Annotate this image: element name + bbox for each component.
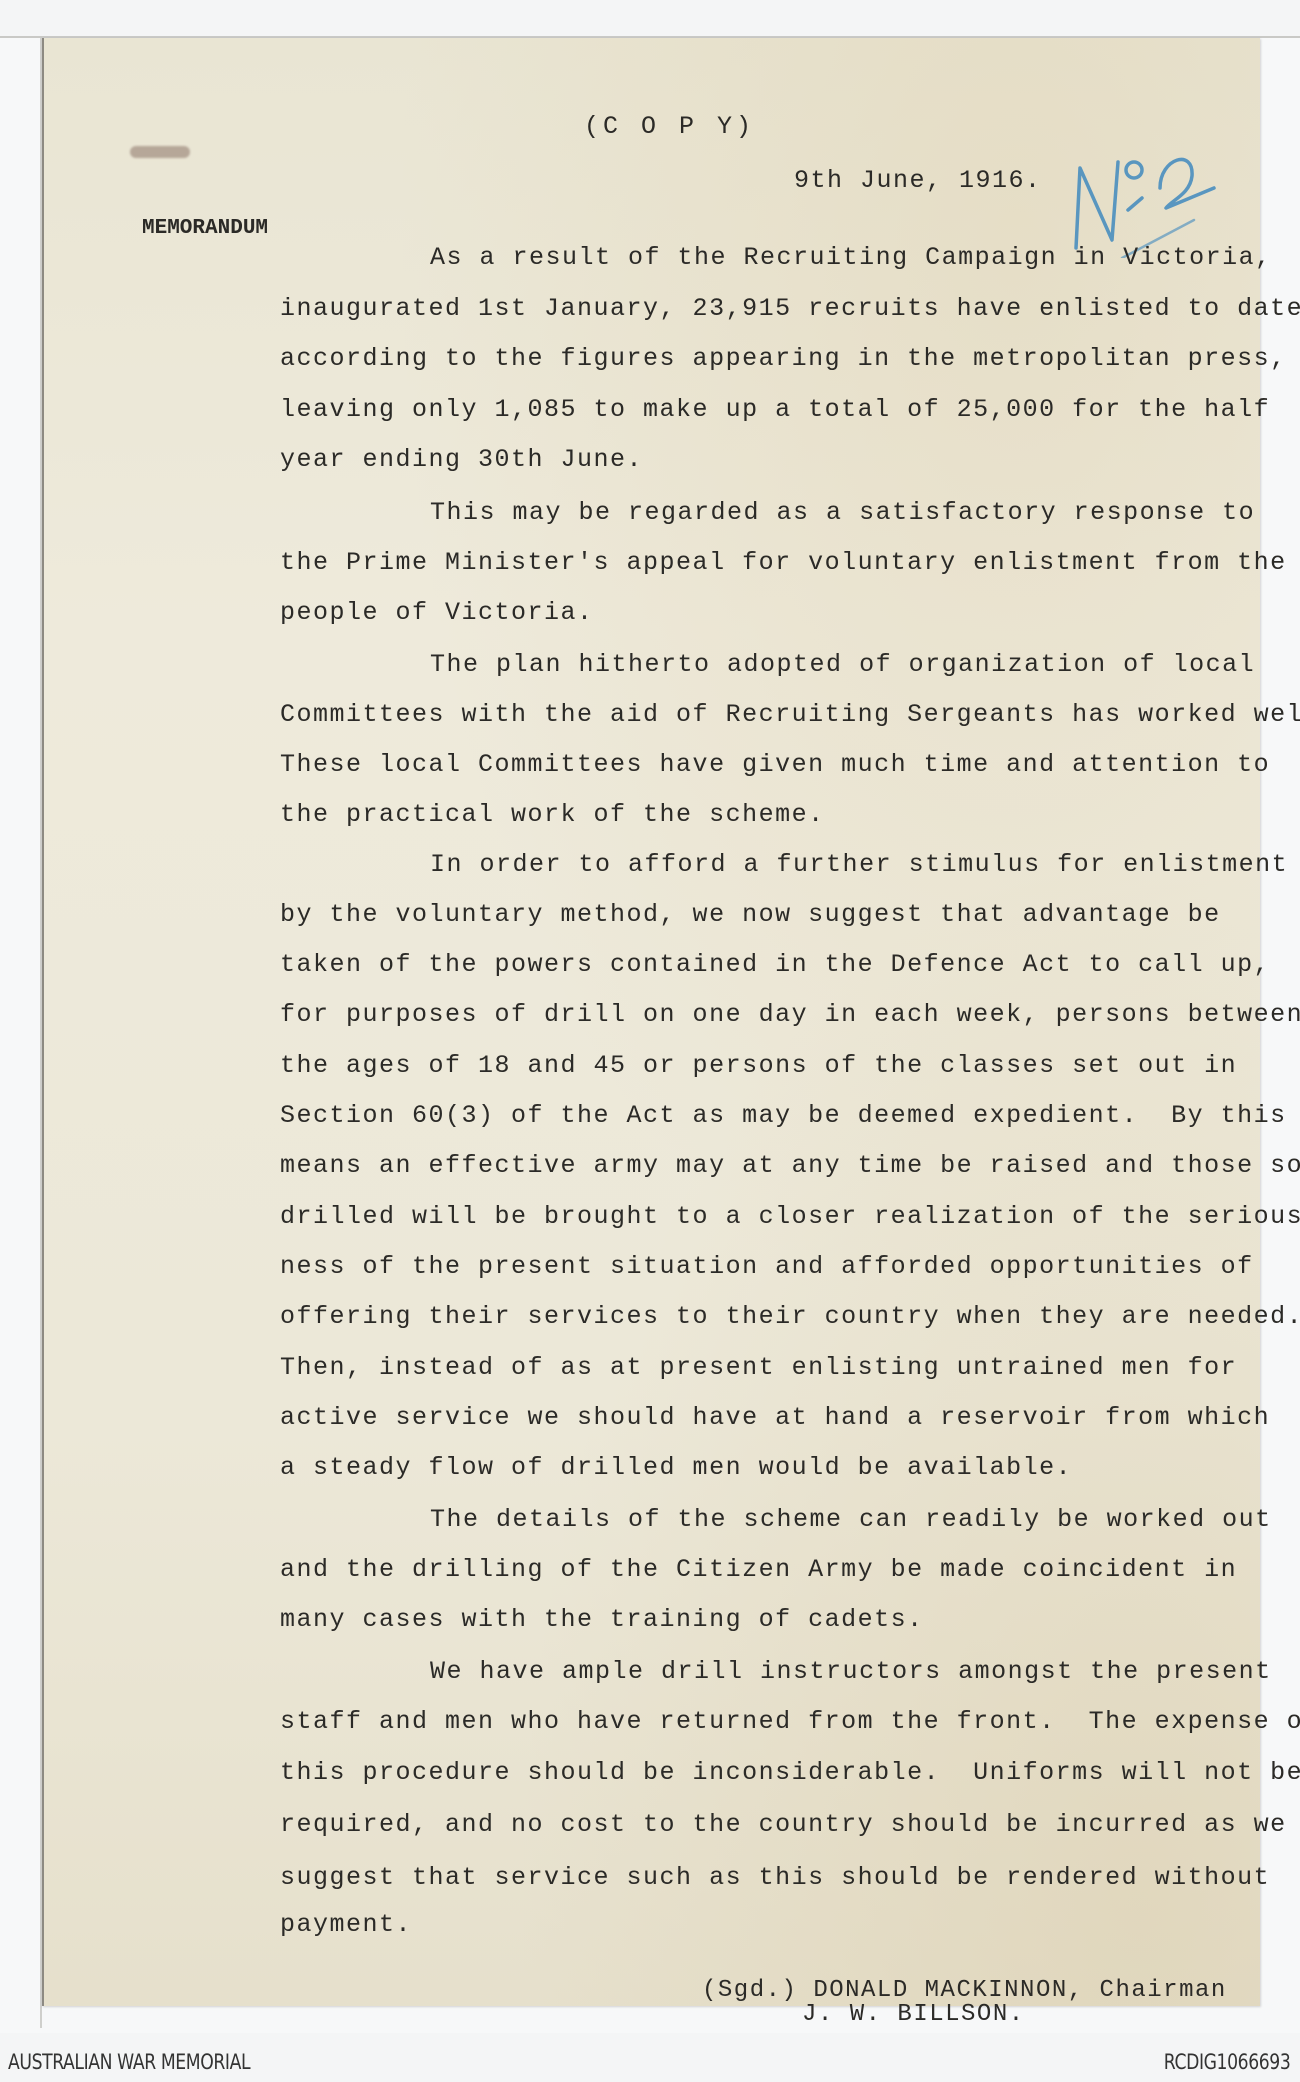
body-line: staff and men who have returned from the… (280, 1707, 1300, 1737)
catalogue-id: RCDIG1066693 (1163, 2050, 1290, 2074)
body-line: and the drilling of the Citizen Army be … (280, 1555, 1237, 1585)
body-line: by the voluntary method, we now suggest … (280, 900, 1221, 930)
body-line: the ages of 18 and 45 or persons of the … (280, 1051, 1237, 1081)
body-line: These local Committees have given much t… (280, 750, 1270, 780)
body-line: inaugurated 1st January, 23,915 recruits… (280, 294, 1300, 324)
body-line: taken of the powers contained in the Def… (280, 950, 1270, 980)
body-line: many cases with the training of cadets. (280, 1605, 924, 1635)
body-line: The plan hitherto adopted of organizatio… (430, 650, 1255, 680)
body-line: offering their services to their country… (280, 1302, 1300, 1332)
body-line: this procedure should be inconsiderable.… (280, 1758, 1300, 1788)
body-line: As a result of the Recruiting Campaign i… (430, 243, 1272, 273)
memo-title: MEMORANDUM (142, 214, 268, 244)
body-line: means an effective army may at any time … (280, 1151, 1300, 1181)
memo-date: 9th June, 1916. (794, 166, 1042, 196)
body-line: people of Victoria. (280, 598, 594, 628)
body-line: The details of the scheme can readily be… (430, 1505, 1272, 1535)
body-line: the Prime Minister's appeal for voluntar… (280, 548, 1287, 578)
handwritten-number-annotation (1064, 148, 1264, 258)
institution-label: AUSTRALIAN WAR MEMORIAL (8, 2050, 250, 2074)
signature-second: J. W. BILLSON. (802, 2000, 1025, 2030)
copy-header: (C O P Y) (584, 112, 755, 142)
body-line: This may be regarded as a satisfactory r… (430, 498, 1255, 528)
body-line: ness of the present situation and afford… (280, 1252, 1254, 1282)
body-line: In order to afford a further stimulus fo… (430, 850, 1288, 880)
body-line: drilled will be brought to a closer real… (280, 1202, 1300, 1232)
body-line: Committees with the aid of Recruiting Se… (280, 700, 1300, 730)
body-line: payment. (280, 1910, 412, 1940)
body-line: for purposes of drill on one day in each… (280, 1000, 1300, 1030)
body-line: We have ample drill instructors amongst … (430, 1657, 1272, 1687)
body-line: the practical work of the scheme. (280, 800, 825, 830)
ink-smudge (130, 146, 190, 158)
body-line: a steady flow of drilled men would be av… (280, 1453, 1072, 1483)
body-line: year ending 30th June. (280, 445, 643, 475)
body-line: Section 60(3) of the Act as may be deeme… (280, 1101, 1287, 1131)
body-line: required, and no cost to the country sho… (280, 1810, 1287, 1840)
body-line: Then, instead of as at present enlisting… (280, 1353, 1237, 1383)
memo-paper: (C O P Y) 9th June, 1916. MEMORANDUM As … (42, 38, 1260, 2006)
body-line: suggest that service such as this should… (280, 1863, 1270, 1893)
body-line: leaving only 1,085 to make up a total of… (280, 395, 1270, 425)
body-line: according to the figures appearing in th… (280, 344, 1287, 374)
body-line: active service we should have at hand a … (280, 1403, 1270, 1433)
